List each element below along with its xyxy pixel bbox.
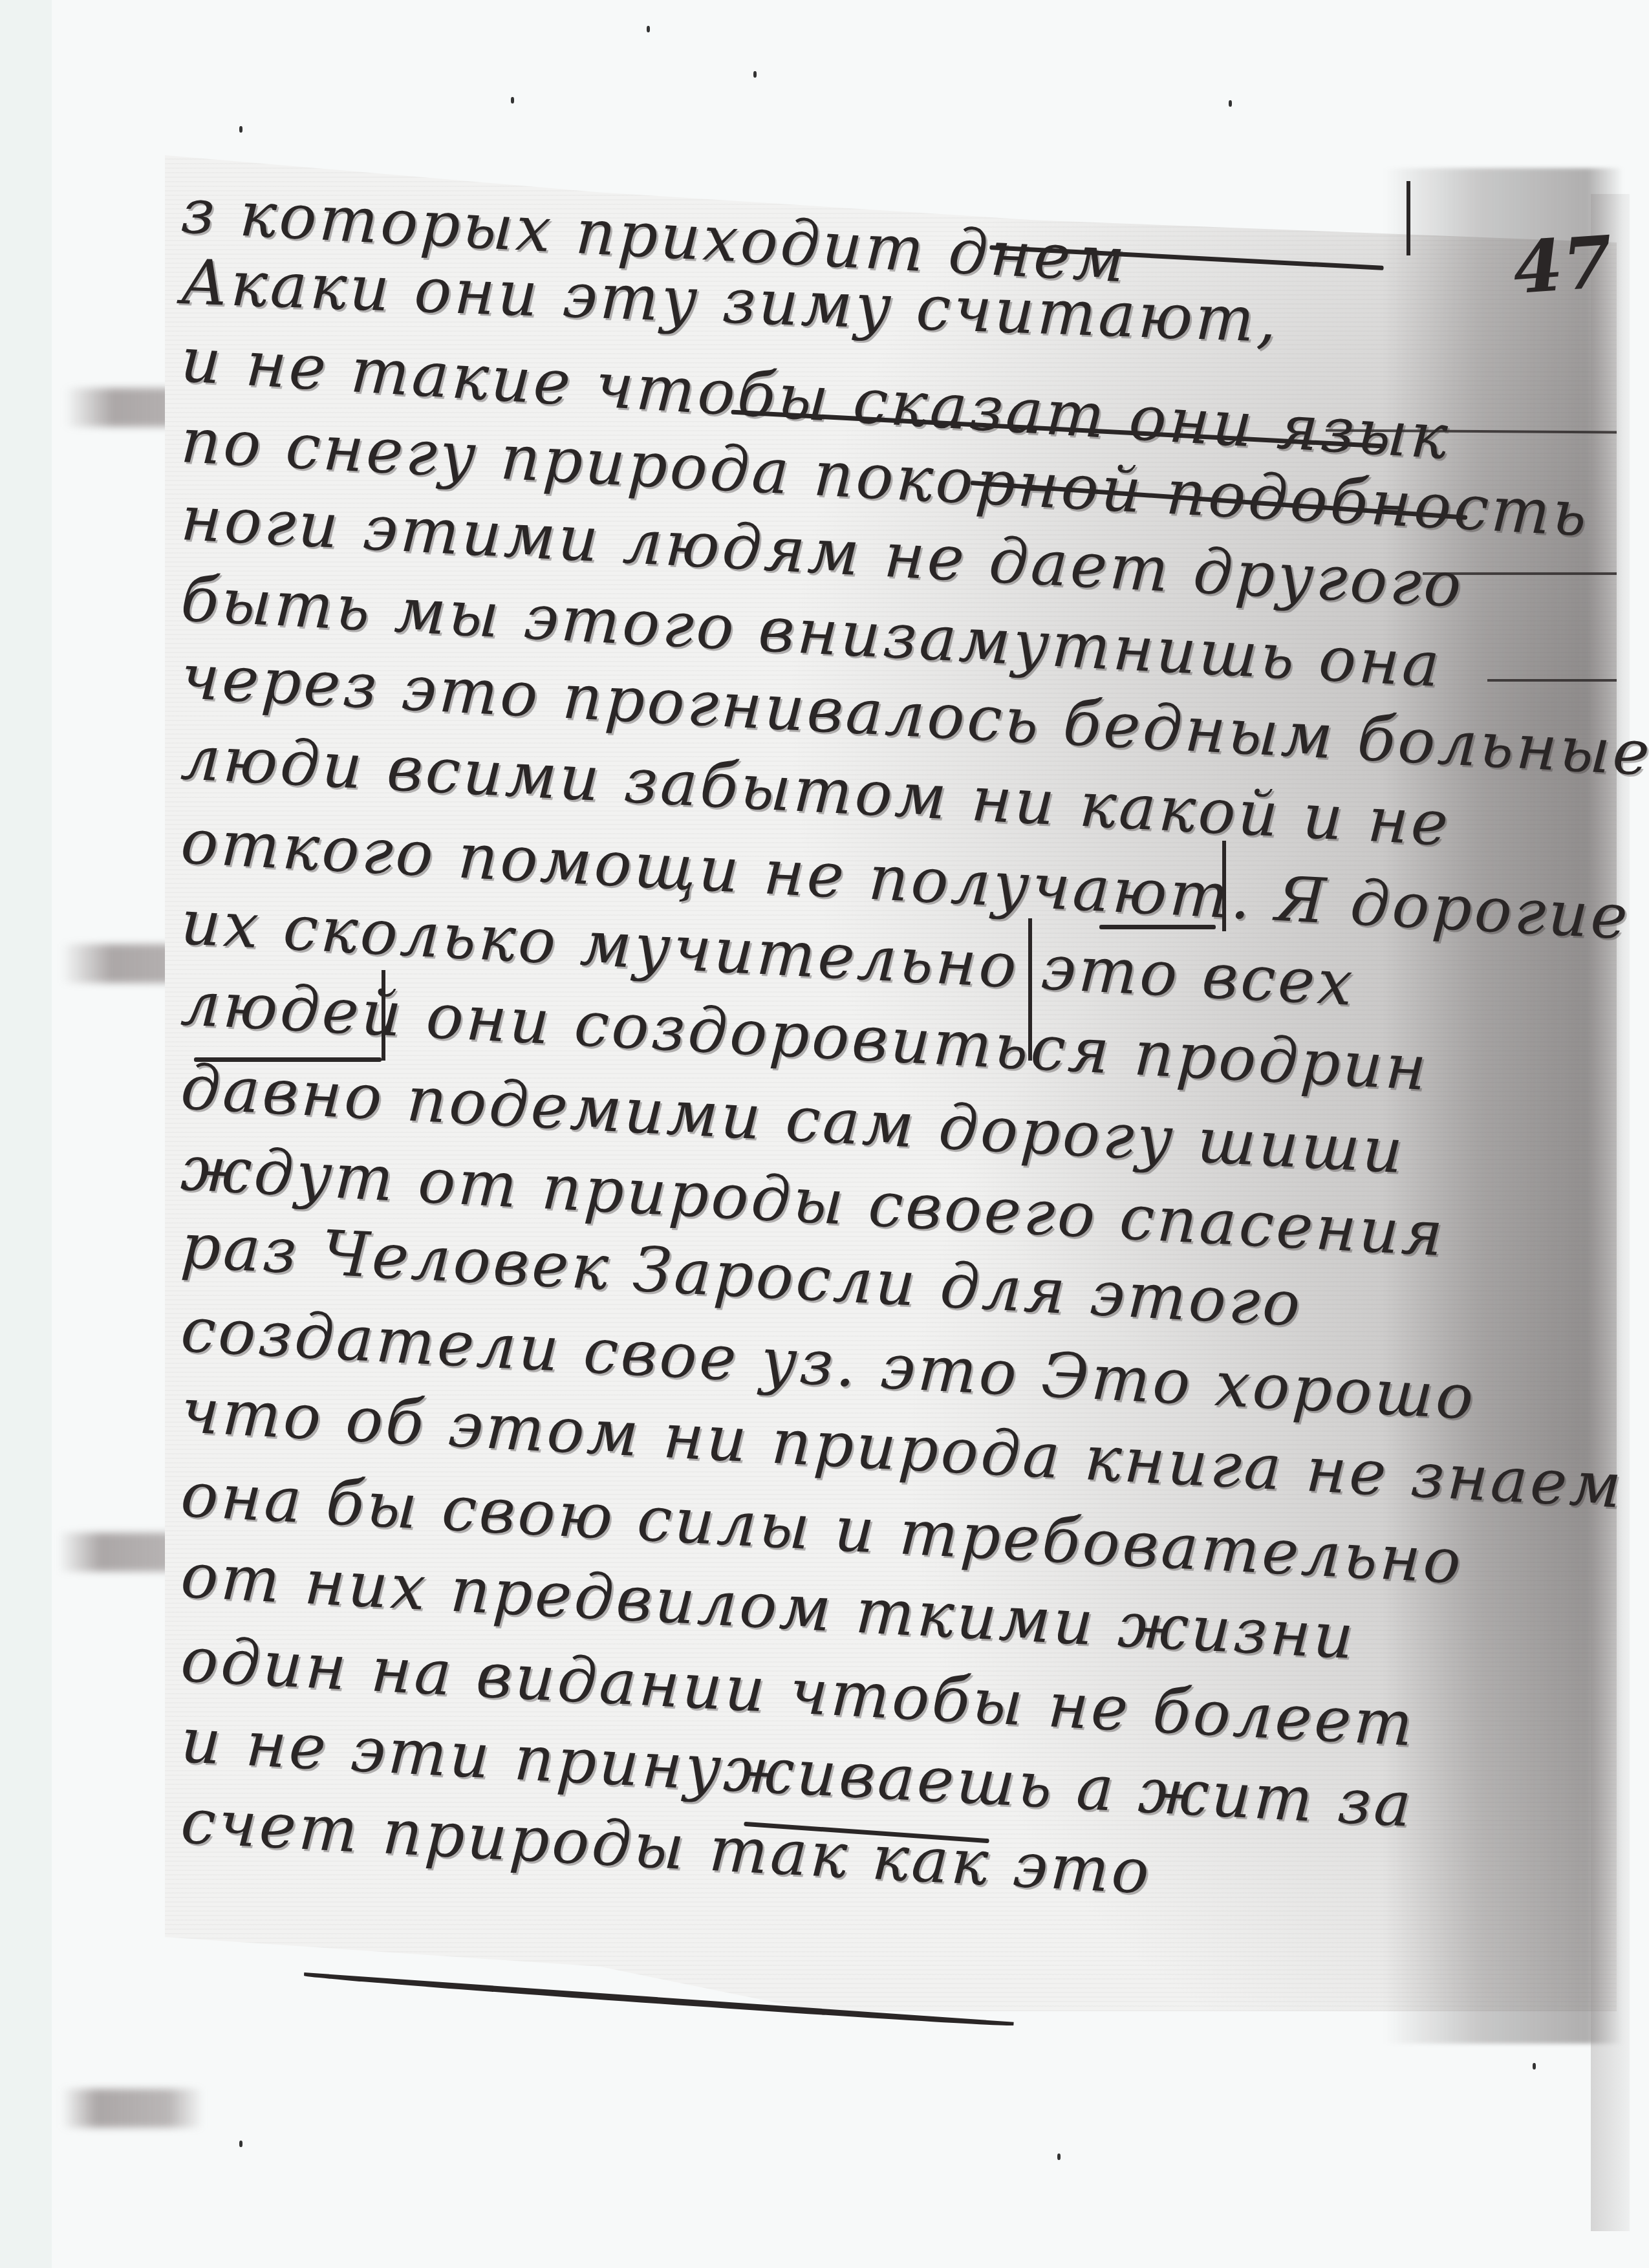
scan-speck — [1057, 2154, 1061, 2160]
scanner-left-margin — [0, 0, 52, 2268]
scan-smudge — [61, 2089, 204, 2128]
scan-speck — [239, 2141, 242, 2147]
page-number: 47 — [1511, 220, 1615, 310]
scan-speck — [753, 71, 757, 78]
scan-speck — [1229, 100, 1232, 107]
scan-edge — [1591, 194, 1630, 2231]
scan-speck — [647, 26, 650, 32]
scan-speck — [239, 126, 242, 133]
scan-speck — [511, 97, 514, 103]
scan-speck — [1533, 2063, 1536, 2069]
bracket-mark — [382, 970, 385, 1061]
underline-mark — [1099, 925, 1216, 929]
bracket-mark — [1028, 918, 1032, 1061]
underline-mark — [194, 1057, 382, 1062]
bracket-mark — [1406, 181, 1410, 255]
bracket-mark — [1222, 841, 1226, 931]
margin-rule — [1487, 679, 1617, 682]
